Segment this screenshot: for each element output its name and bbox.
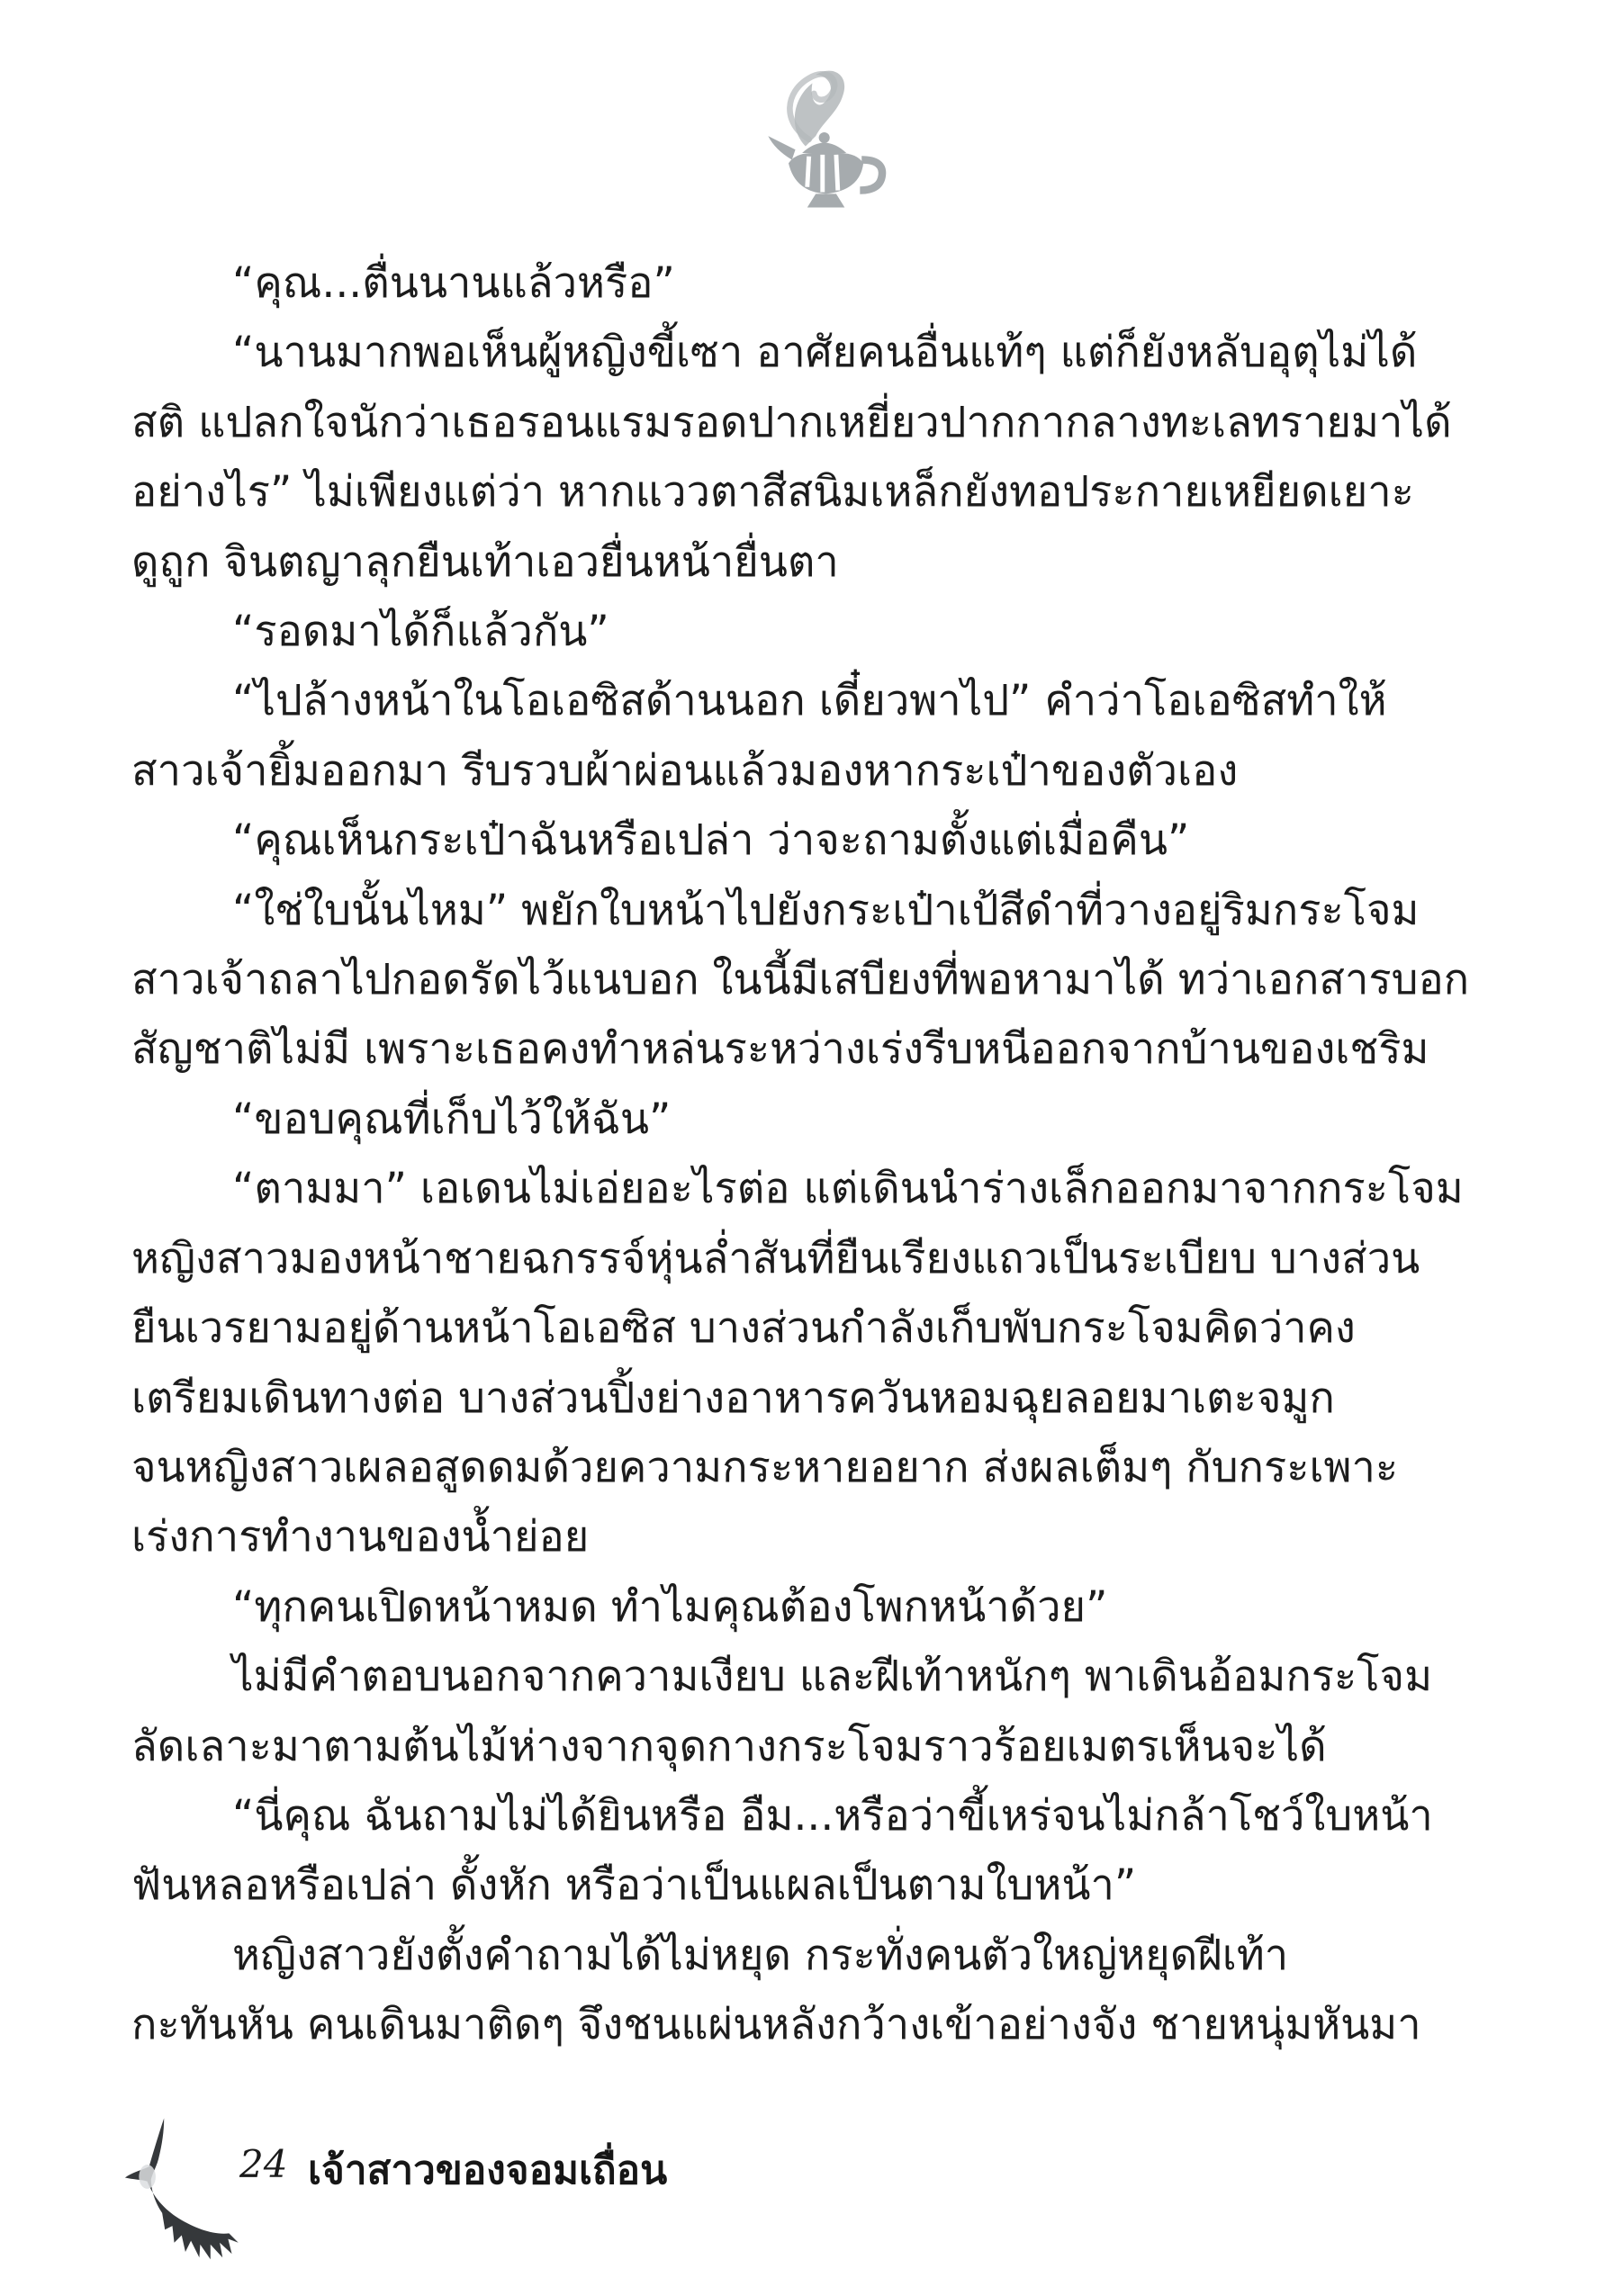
text-line: เตรียมเดินทางต่อ บางส่วนปิ้งย่างอาหารควั… (131, 1364, 1482, 1433)
text-line: ลัดเลาะมาตามต้นไม้ห่างจากจุดกางกระโจมราว… (131, 1712, 1482, 1781)
text-line: “ทุกคนเปิดหน้าหมด ทำไมคุณต้องโพกหน้าด้วย… (131, 1572, 1482, 1642)
text-line: “ใช่ใบนั้นไหม” พยักใบหน้าไปยังกระเป๋าเป้… (131, 876, 1482, 945)
text-line: “ไปล้างหน้าในโอเอซิสด้านนอก เดี๋ยวพาไป” … (131, 666, 1482, 735)
text-line: “ตามมา” เอเดนไม่เอ่ยอะไรต่อ แต่เดินนำร่า… (131, 1154, 1482, 1223)
text-line: สัญชาติไม่มี เพราะเธอคงทำหล่นระหว่างเร่ง… (131, 1014, 1482, 1084)
text-line: “คุณ...ตื่นนานแล้วหรือ” (131, 248, 1482, 318)
book-title: เจ้าสาวของจอมเถื่อน (308, 2138, 667, 2201)
genie-lamp-icon (729, 61, 909, 214)
eagle-icon (99, 2117, 275, 2268)
page-footer: 24 เจ้าสาวของจอมเถื่อน (0, 2104, 1605, 2296)
text-line: เร่งการทำงานของน้ำย่อย (131, 1502, 1482, 1571)
text-line: สาวเจ้าถลาไปกอดรัดไว้แนบอก ในนี้มีเสบียง… (131, 945, 1482, 1014)
text-line: จนหญิงสาวเผลอสูดดมด้วยความกระหายอยาก ส่ง… (131, 1433, 1482, 1502)
page-text: “คุณ...ตื่นนานแล้วหรือ”“นานมากพอเห็นผู้ห… (131, 248, 1482, 2060)
text-line: อย่างไร” ไม่เพียงแต่ว่า หากแววตาสีสนิมเห… (131, 457, 1482, 527)
text-line: หญิงสาวมองหน้าชายฉกรรจ์หุ่นล่ำสันที่ยืนเ… (131, 1224, 1482, 1293)
text-line: กะทันหัน คนเดินมาติดๆ จึงชนแผ่นหลังกว้าง… (131, 1990, 1482, 2059)
text-line: ดูถูก จินตญาลุกยืนเท้าเอวยื่นหน้ายื่นตา (131, 527, 1482, 597)
text-line: ฟันหลอหรือเปล่า ดั้งหัก หรือว่าเป็นแผลเป… (131, 1850, 1482, 1920)
book-page: “คุณ...ตื่นนานแล้วหรือ”“นานมากพอเห็นผู้ห… (0, 0, 1605, 2296)
text-line: “คุณเห็นกระเป๋าฉันหรือเปล่า ว่าจะถามตั้ง… (131, 806, 1482, 875)
text-line: “นี่คุณ ฉันถามไม่ได้ยินหรือ อืม...หรือว่… (131, 1781, 1482, 1850)
text-line: สติ แปลกใจนักว่าเธอรอนแรมรอดปากเหยี่ยวปา… (131, 388, 1482, 457)
text-line: สาวเจ้ายิ้มออกมา รีบรวบผ้าผ่อนแล้วมองหาก… (131, 736, 1482, 806)
text-line: หญิงสาวยังตั้งคำถามได้ไม่หยุด กระทั่งคนต… (131, 1921, 1482, 1990)
text-line: “รอดมาได้ก็แล้วกัน” (131, 597, 1482, 666)
text-line: ไม่มีคำตอบนอกจากความเงียบ และฝีเท้าหนักๆ… (131, 1642, 1482, 1711)
text-line: “ขอบคุณที่เก็บไว้ให้ฉัน” (131, 1085, 1482, 1154)
text-line: ยืนเวรยามอยู่ด้านหน้าโอเอซิส บางส่วนกำลั… (131, 1293, 1482, 1363)
text-line: “นานมากพอเห็นผู้หญิงขี้เซา อาศัยคนอื่นแท… (131, 318, 1482, 387)
page-number: 24 (239, 2142, 287, 2186)
